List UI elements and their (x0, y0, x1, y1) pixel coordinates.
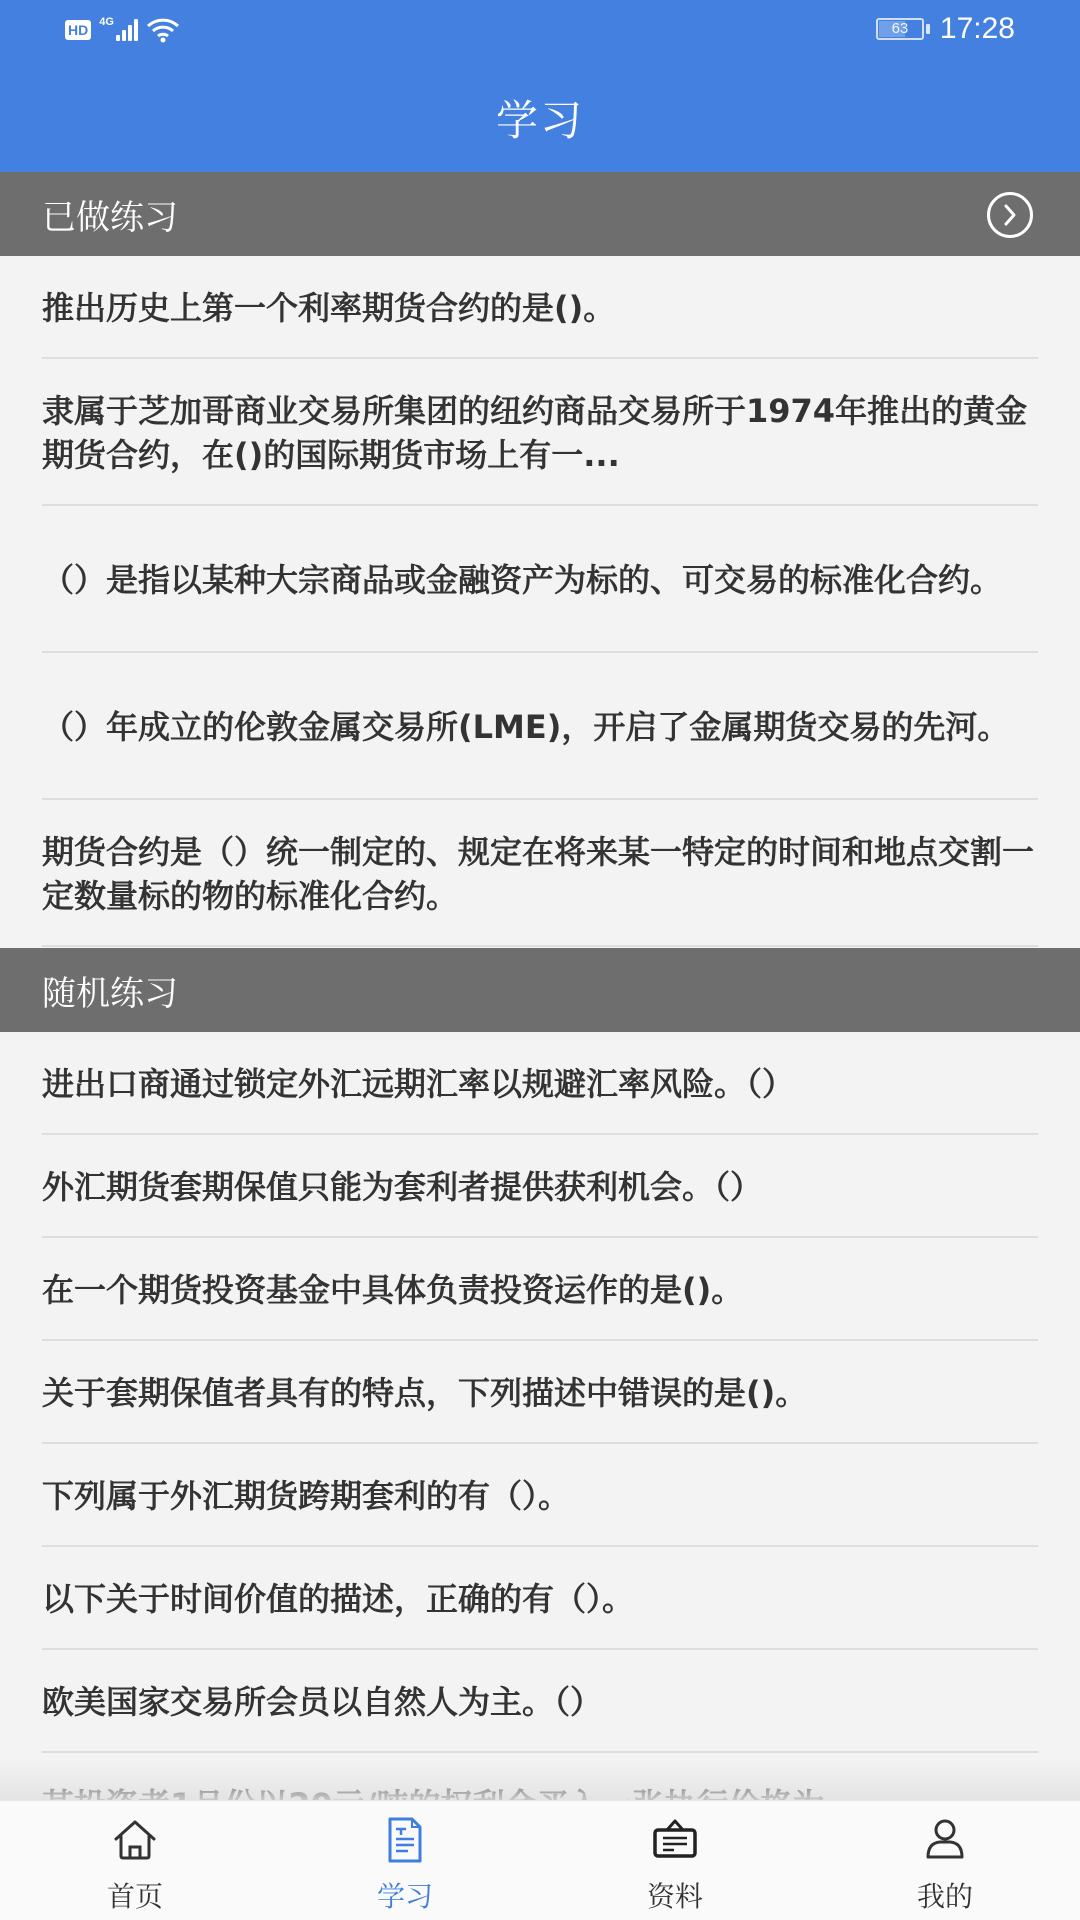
nav-item-home[interactable]: 首页 (0, 1801, 270, 1920)
list-item[interactable]: 期货合约是（）统一制定的、规定在将来某一特定的时间和地点交割一定数量标的物的标准… (0, 800, 1080, 947)
board-icon (650, 1815, 700, 1865)
list-item[interactable]: 推出历史上第一个利率期货合约的是()。 (0, 256, 1080, 359)
clock: 17:28 (940, 12, 1015, 46)
battery-level: 63 (892, 20, 909, 37)
section-header-done-practice[interactable]: 已做练习 (0, 172, 1080, 256)
study-screen: HD 4G 63 (0, 0, 1080, 1920)
list-item[interactable]: 下列属于外汇期货跨期套利的有（）。 (0, 1444, 1080, 1547)
more-button[interactable] (987, 192, 1033, 238)
network-type: 4G (99, 16, 114, 28)
list-item[interactable]: 进出口商通过锁定外汇远期汇率以规避汇率风险。（） (0, 1032, 1080, 1135)
list-item[interactable]: 关于套期保值者具有的特点，下列描述中错误的是()。 (0, 1341, 1080, 1444)
list-item[interactable]: 在一个期货投资基金中具体负责投资运作的是()。 (0, 1238, 1080, 1341)
bottom-nav: 首页 学习 资料 我的 (0, 1800, 1080, 1920)
list-item[interactable]: 外汇期货套期保值只能为套利者提供获利机会。（） (0, 1135, 1080, 1238)
wifi-icon (146, 17, 180, 43)
section-title: 随机练习 (42, 966, 178, 1015)
section-header-random-practice: 随机练习 (0, 948, 1080, 1032)
battery-icon: 63 (876, 18, 930, 40)
hd-icon: HD (65, 20, 91, 40)
list-item[interactable]: 欧美国家交易所会员以自然人为主。（） (0, 1650, 1080, 1753)
list-item[interactable]: 隶属于芝加哥商业交易所集团的纽约商品交易所于1974年推出的黄金期货合约，在()… (0, 359, 1080, 506)
status-right: 63 17:28 (876, 12, 1015, 46)
top-bar: HD 4G 63 (0, 0, 1080, 172)
signal-icon (116, 19, 138, 41)
page-title: 学习 (0, 88, 1080, 148)
done-practice-list: 推出历史上第一个利率期货合约的是()。 隶属于芝加哥商业交易所集团的纽约商品交易… (0, 256, 1080, 947)
home-icon (110, 1815, 160, 1865)
chevron-right-icon (1000, 203, 1020, 227)
document-icon (380, 1815, 430, 1865)
list-item[interactable]: （）是指以某种大宗商品或金融资产为标的、可交易的标准化合约。 (0, 506, 1080, 653)
status-left: HD 4G (65, 15, 180, 45)
user-icon (920, 1815, 970, 1865)
nav-item-study[interactable]: 学习 (270, 1801, 540, 1920)
list-item[interactable]: （）年成立的伦敦金属交易所(LME)，开启了金属期货交易的先河。 (0, 653, 1080, 800)
nav-item-mine[interactable]: 我的 (810, 1801, 1080, 1920)
status-bar: HD 4G 63 (0, 0, 1080, 60)
list-item[interactable]: 以下关于时间价值的描述，正确的有（）。 (0, 1547, 1080, 1650)
nav-item-materials[interactable]: 资料 (540, 1801, 810, 1920)
section-title: 已做练习 (42, 190, 178, 239)
random-practice-list: 进出口商通过锁定外汇远期汇率以规避汇率风险。（） 外汇期货套期保值只能为套利者提… (0, 1032, 1080, 1856)
